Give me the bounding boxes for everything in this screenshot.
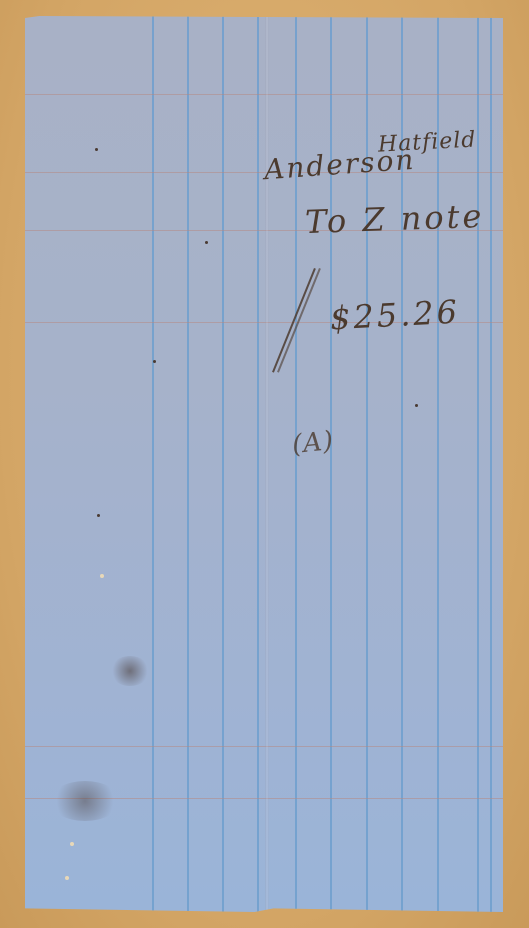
vertical-rule (490, 16, 492, 912)
ink-smudge (50, 781, 120, 821)
handwritten-amount: $25.26 (329, 293, 461, 338)
horizontal-rule (25, 94, 503, 95)
ink-smudge (110, 656, 150, 686)
paper-hole (65, 876, 69, 880)
speck (97, 514, 100, 517)
vertical-rule (187, 16, 189, 912)
vertical-rule (257, 16, 259, 912)
vertical-rule (222, 16, 224, 912)
vertical-rule (477, 16, 479, 912)
handwritten-note-line: To Z note (304, 197, 485, 241)
speck (205, 241, 208, 244)
fold-crease (265, 16, 269, 912)
paper-hole (100, 574, 104, 578)
speck (415, 404, 418, 407)
paper-hole (70, 842, 74, 846)
speck (95, 148, 98, 151)
vertical-rule (152, 16, 154, 912)
handwritten-mark: (A) (291, 426, 336, 460)
speck (153, 360, 156, 363)
horizontal-rule (25, 746, 503, 747)
